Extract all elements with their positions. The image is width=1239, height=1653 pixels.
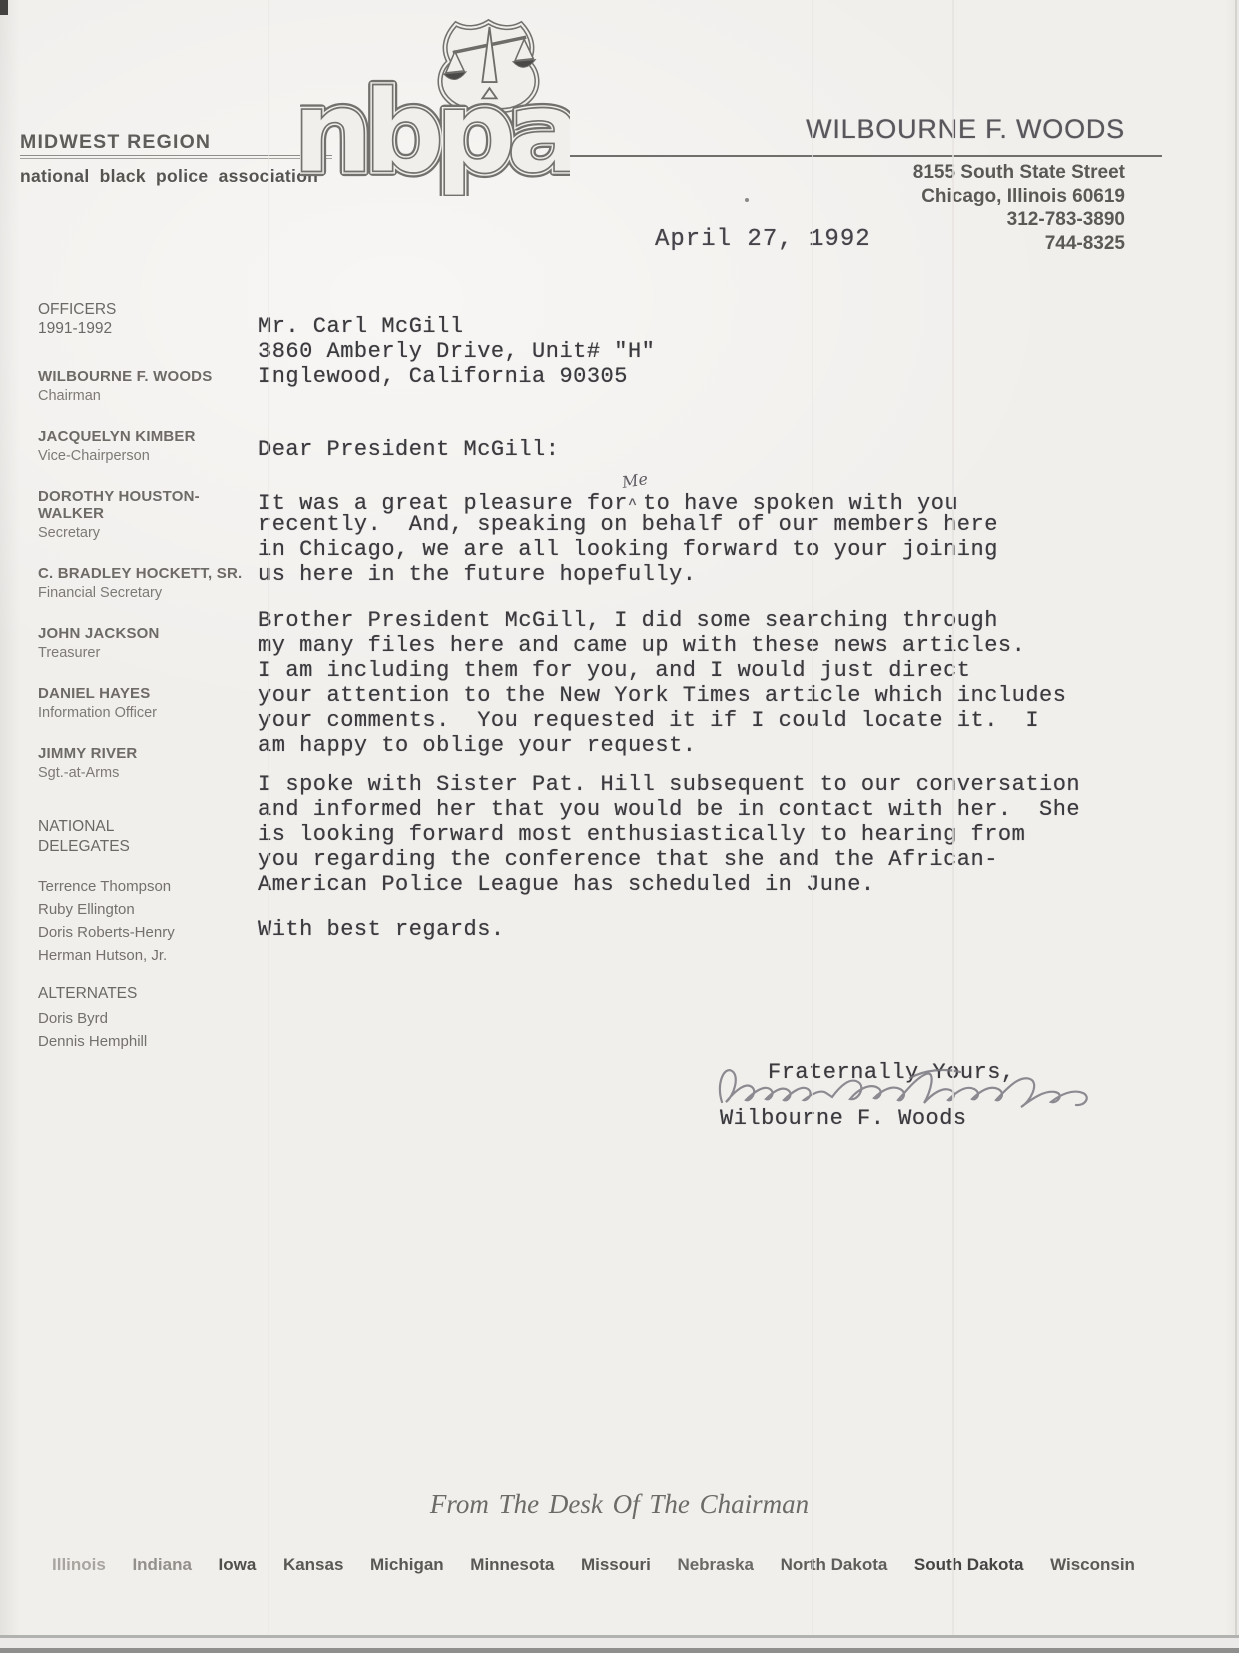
handwritten-me: Me bbox=[620, 466, 649, 495]
officer-name: JACQUELYN KIMBER bbox=[38, 428, 253, 445]
delegate-name: Doris Roberts-Henry bbox=[38, 921, 253, 944]
delegates-heading-line: DELEGATES bbox=[38, 837, 253, 857]
officer-entry: JACQUELYN KIMBER Vice-Chairperson bbox=[38, 428, 253, 464]
address-line: Chicago, Illinois 60619 bbox=[913, 185, 1125, 209]
state-name: Indiana bbox=[132, 1555, 192, 1575]
scan-fold-line bbox=[952, 0, 954, 1653]
officer-entry: C. BRADLEY HOCKETT, SR. Financial Secret… bbox=[38, 565, 253, 601]
scan-edge-strip bbox=[0, 1638, 1239, 1648]
desk-of-chairman-tagline: From The Desk Of The Chairman bbox=[0, 1489, 1239, 1520]
address-line: 312-783-3890 bbox=[913, 208, 1125, 232]
officer-name: JOHN JACKSON bbox=[38, 625, 253, 642]
officer-title: Chairman bbox=[38, 388, 253, 404]
letterhead-address: 8155 South State Street Chicago, Illinoi… bbox=[913, 161, 1125, 255]
scan-fold-line bbox=[268, 0, 269, 1653]
paragraph-1-rest: recently. And, speaking on behalf of our… bbox=[258, 512, 998, 587]
member-states-bar: Illinois Indiana Iowa Kansas Michigan Mi… bbox=[52, 1555, 1135, 1575]
officer-title: Sgt.-at-Arms bbox=[38, 765, 253, 781]
officer-entry: WILBOURNE F. WOODS Chairman bbox=[38, 368, 253, 404]
handwritten-insert: Me^ bbox=[628, 487, 643, 509]
salutation: Dear President McGill: bbox=[258, 437, 559, 462]
address-line: 8155 South State Street bbox=[913, 161, 1125, 185]
state-name: Nebraska bbox=[677, 1555, 754, 1575]
state-name: Michigan bbox=[370, 1555, 444, 1575]
letterhead-rule-right bbox=[562, 155, 1162, 157]
recipient-address: Mr. Carl McGill 3860 Amberly Drive, Unit… bbox=[258, 314, 655, 389]
sidebar-heading: OFFICERS 1991-1992 bbox=[38, 300, 253, 338]
scan-edge-right bbox=[1235, 0, 1237, 1653]
state-name: Kansas bbox=[283, 1555, 343, 1575]
officers-term: 1991-1992 bbox=[38, 319, 253, 338]
national-delegates-heading: NATIONAL DELEGATES bbox=[38, 817, 253, 857]
delegates-heading-line: NATIONAL bbox=[38, 817, 253, 837]
letterhead-rule-left bbox=[20, 155, 332, 160]
officer-name: C. BRADLEY HOCKETT, SR. bbox=[38, 565, 253, 582]
scan-artifact-dot bbox=[745, 198, 749, 202]
nbpa-logo-icon: nbpa nbpa nbpa bbox=[300, 16, 570, 196]
state-name: Wisconsin bbox=[1050, 1555, 1135, 1575]
officers-sidebar: OFFICERS 1991-1992 WILBOURNE F. WOODS Ch… bbox=[38, 300, 253, 1053]
officer-entry: DANIEL HAYES Information Officer bbox=[38, 685, 253, 721]
closing-line: With best regards. bbox=[258, 917, 505, 942]
organization-name: national black police association bbox=[20, 166, 318, 187]
region-title: MIDWEST REGION bbox=[20, 131, 211, 154]
officer-name: DANIEL HAYES bbox=[38, 685, 253, 702]
state-name: Iowa bbox=[219, 1555, 257, 1575]
delegate-name: Terrence Thompson bbox=[38, 875, 253, 898]
officer-entry: JIMMY RIVER Sgt.-at-Arms bbox=[38, 745, 253, 781]
officer-name: JIMMY RIVER bbox=[38, 745, 253, 762]
scan-fold-line bbox=[812, 0, 813, 1653]
officer-title: Financial Secretary bbox=[38, 585, 253, 601]
state-name: Missouri bbox=[581, 1555, 651, 1575]
officer-title: Information Officer bbox=[38, 705, 253, 721]
alternate-name: Dennis Hemphill bbox=[38, 1030, 253, 1053]
state-name: North Dakota bbox=[781, 1555, 888, 1575]
delegates-list: Terrence Thompson Ruby Ellington Doris R… bbox=[38, 875, 253, 967]
alternates-heading: ALTERNATES bbox=[38, 984, 253, 1003]
delegate-name: Herman Hutson, Jr. bbox=[38, 944, 253, 967]
officer-name: DOROTHY HOUSTON-WALKER bbox=[38, 488, 253, 522]
scan-artifact-corner bbox=[0, 0, 8, 15]
alternate-name: Doris Byrd bbox=[38, 1007, 253, 1030]
state-name: Illinois bbox=[52, 1555, 106, 1575]
officer-name: WILBOURNE F. WOODS bbox=[38, 368, 253, 385]
officer-title: Secretary bbox=[38, 525, 253, 541]
scan-edge-bar bbox=[0, 1648, 1239, 1653]
paragraph-3: I spoke with Sister Pat. Hill subsequent… bbox=[258, 772, 1080, 897]
state-name: Minnesota bbox=[470, 1555, 554, 1575]
recipient-line: Inglewood, California 90305 bbox=[258, 364, 628, 389]
chairman-name: WILBOURNE F. WOODS bbox=[806, 114, 1125, 145]
officer-title: Treasurer bbox=[38, 645, 253, 661]
paragraph-2: Brother President McGill, I did some sea… bbox=[258, 608, 1066, 758]
address-line: 744-8325 bbox=[913, 232, 1125, 256]
officer-entry: DOROTHY HOUSTON-WALKER Secretary bbox=[38, 488, 253, 541]
state-name: South Dakota bbox=[914, 1555, 1024, 1575]
officers-label: OFFICERS bbox=[38, 300, 253, 319]
scanned-letter-page: MIDWEST REGION national black police ass… bbox=[0, 0, 1239, 1653]
delegate-name: Ruby Ellington bbox=[38, 898, 253, 921]
letter-date: April 27, 1992 bbox=[655, 226, 871, 253]
typed-signer-name: Wilbourne F. Woods bbox=[720, 1106, 967, 1131]
officer-title: Vice-Chairperson bbox=[38, 448, 253, 464]
officer-entry: JOHN JACKSON Treasurer bbox=[38, 625, 253, 661]
logo-outline-inner: nbpa bbox=[300, 66, 570, 196]
recipient-line: 3860 Amberly Drive, Unit# "H" bbox=[258, 339, 655, 364]
alternates-list: Doris Byrd Dennis Hemphill bbox=[38, 1007, 253, 1053]
recipient-line: Mr. Carl McGill bbox=[258, 314, 464, 339]
